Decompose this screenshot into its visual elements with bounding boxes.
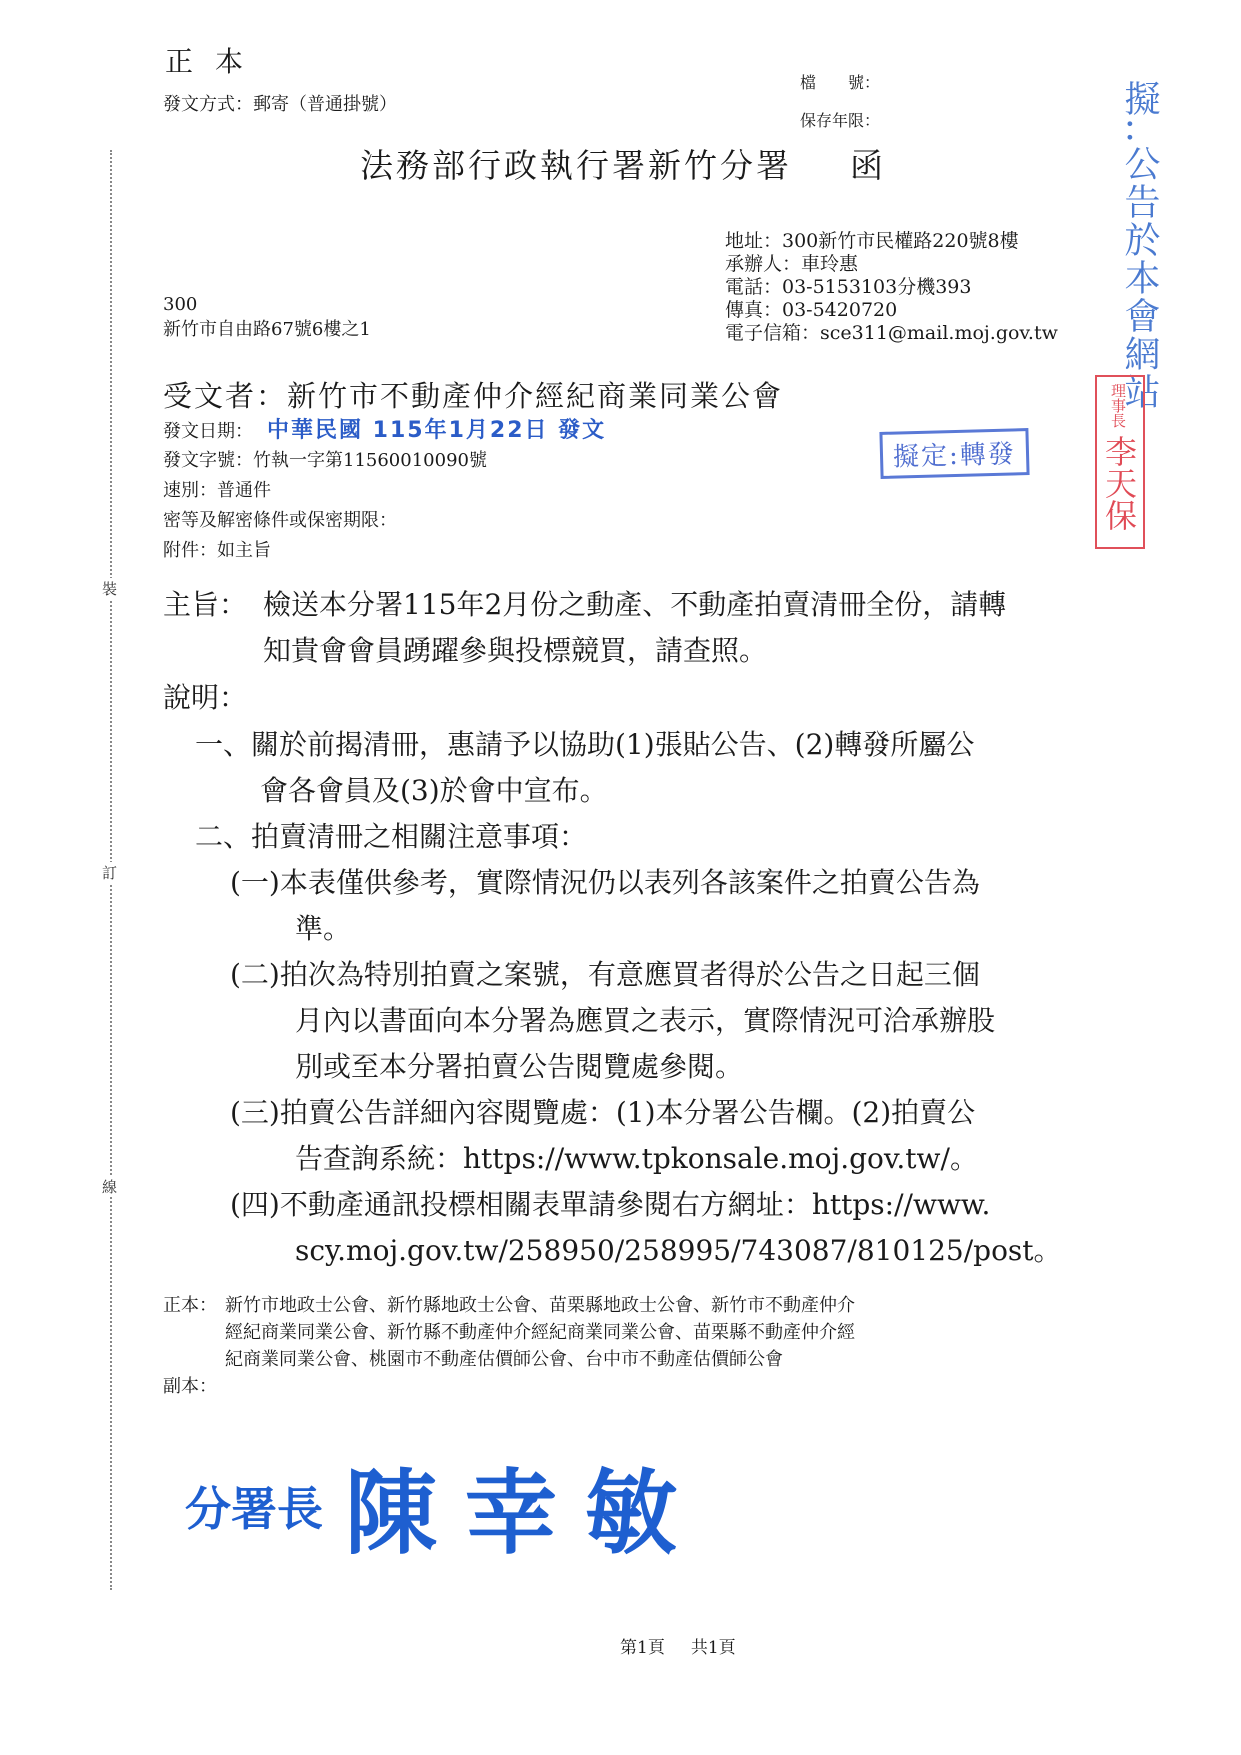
distribution-list: 正本：新竹市地政士公會、新竹縣地政士公會、苗栗縣地政士公會、新竹市不動產仲介 經… (163, 1292, 855, 1400)
postal-code: 300 (163, 292, 371, 317)
sender-info: 地址：300新竹市民權路220號8樓 承辦人：車玲惠 電話：03-5153103… (725, 230, 1058, 345)
email: 電子信箱：sce311@mail.moj.gov.tw (725, 322, 1058, 345)
sub-1-line-2: 準。 (195, 906, 1062, 952)
delivery-method: 發文方式：郵寄（普通掛號） (163, 90, 397, 116)
item-1-line-1: 一、關於前揭清冊，惠請予以協助(1)張貼公告、(2)轉發所屬公 (195, 722, 1062, 768)
copy-type: 正本 (165, 40, 265, 80)
document-meta: 發文日期：中華民國 115年1月22日 發文 發文字號：竹執一字第1156001… (163, 416, 606, 566)
explanation-items: 一、關於前揭清冊，惠請予以協助(1)張貼公告、(2)轉發所屬公 會各會員及(3)… (195, 722, 1062, 1274)
page-total: 共1頁 (691, 1638, 736, 1658)
agency-title: 法務部行政執行署新竹分署 (360, 146, 792, 185)
subject-line-1: 檢送本分署115年2月份之動產、不動產拍賣清冊全份，請轉 (263, 588, 1006, 621)
original-line-3: 紀商業同業公會、桃園市不動產估價師公會、台中市不動產估價師公會 (163, 1346, 855, 1373)
chairman-name: 李天保 (1100, 435, 1138, 531)
fax: 傳真：03-5420720 (725, 299, 1058, 322)
signature-title: 分署長 (185, 1482, 323, 1536)
binding-mark-ding: 訂 (102, 862, 117, 883)
doc-type: 函 (850, 146, 886, 185)
subject-label: 主旨： (163, 582, 263, 628)
vertical-note-stamp: 擬..公告於本會網站 (1120, 80, 1158, 411)
copy-label: 副本： (163, 1373, 855, 1400)
street-address: 新竹市自由路67號6樓之1 (163, 317, 371, 342)
item-2: 二、拍賣清冊之相關注意事項： (195, 814, 1062, 860)
binding-mark-xian: 線 (102, 1176, 117, 1197)
explanation-label: 說明： (163, 676, 247, 716)
sub-3-line-2: 告查詢系統：https://www.tpkonsale.moj.gov.tw/。 (195, 1136, 1062, 1182)
chairman-seal: 理事長 李天保 (1095, 375, 1145, 549)
attachment: 附件：如主旨 (163, 536, 606, 566)
sub-3-line-1: (三)拍賣公告詳細內容閱覽處：(1)本分署公告欄。(2)拍賣公 (195, 1090, 1062, 1136)
original-line-1: 新竹市地政士公會、新竹縣地政士公會、苗栗縣地政士公會、新竹市不動產仲介 (225, 1295, 855, 1316)
date-label: 發文日期： (163, 421, 253, 442)
document-title: 法務部行政執行署新竹分署函 (360, 140, 886, 187)
sub-2-line-1: (二)拍次為特別拍賣之案號，有意應買者得於公告之日起三個 (195, 952, 1062, 998)
recipient: 受文者：新竹市不動產仲介經紀商業同業公會 (163, 374, 783, 415)
page-number: 第1頁 (620, 1638, 665, 1658)
retention-label: 保存年限： (800, 108, 880, 131)
forward-stamp: 擬定:轉發 (879, 428, 1029, 479)
chairman-title: 理事長 (1109, 383, 1127, 428)
item-1-line-2: 會各會員及(3)於會中宣布。 (195, 768, 1062, 814)
signature-seal: 分署長陳幸敏 (185, 1440, 705, 1572)
sub-2-line-2: 月內以書面向本分署為應買之表示，實際情況可洽承辦股 (195, 998, 1062, 1044)
contact-person: 承辦人：車玲惠 (725, 253, 1058, 276)
sub-4-line-2: scy.moj.gov.tw/258950/258995/743087/8101… (195, 1228, 1062, 1274)
sub-1-line-1: (一)本表僅供參考，實際情況仍以表列各該案件之拍賣公告為 (195, 860, 1062, 906)
date-stamp: 中華民國 115年1月22日 發文 (267, 418, 606, 443)
sub-4-line-1: (四)不動產通訊投標相關表單請參閱右方網址：https://www. (195, 1182, 1062, 1228)
recipient-address: 300 新竹市自由路67號6樓之1 (163, 292, 371, 342)
phone: 電話：03-5153103分機393 (725, 276, 1058, 299)
sub-2-line-3: 別或至本分署拍賣公告閱覽處參閱。 (195, 1044, 1062, 1090)
file-number-label: 檔 號： (800, 70, 880, 93)
binding-mark-zhuang: 裝 (102, 578, 117, 599)
signature-name: 陳幸敏 (345, 1459, 705, 1567)
subject: 主旨：檢送本分署115年2月份之動產、不動產拍賣清冊全份，請轉 知貴會會員踴躍參… (163, 582, 1006, 674)
subject-line-2: 知貴會會員踴躍參與投標競買，請查照。 (163, 628, 1006, 674)
original-label: 正本： (163, 1292, 225, 1319)
issue-date-row: 發文日期：中華民國 115年1月22日 發文 (163, 416, 606, 446)
original-line-2: 經紀商業同業公會、新竹縣不動產仲介經紀商業同業公會、苗栗縣不動產仲介經 (163, 1319, 855, 1346)
sender-address: 地址：300新竹市民權路220號8樓 (725, 230, 1058, 253)
doc-number: 發文字號：竹執一字第11560010090號 (163, 446, 606, 476)
page-footer: 第1頁共1頁 (620, 1633, 736, 1658)
confidentiality: 密等及解密條件或保密期限： (163, 506, 606, 536)
priority: 速別：普通件 (163, 476, 606, 506)
